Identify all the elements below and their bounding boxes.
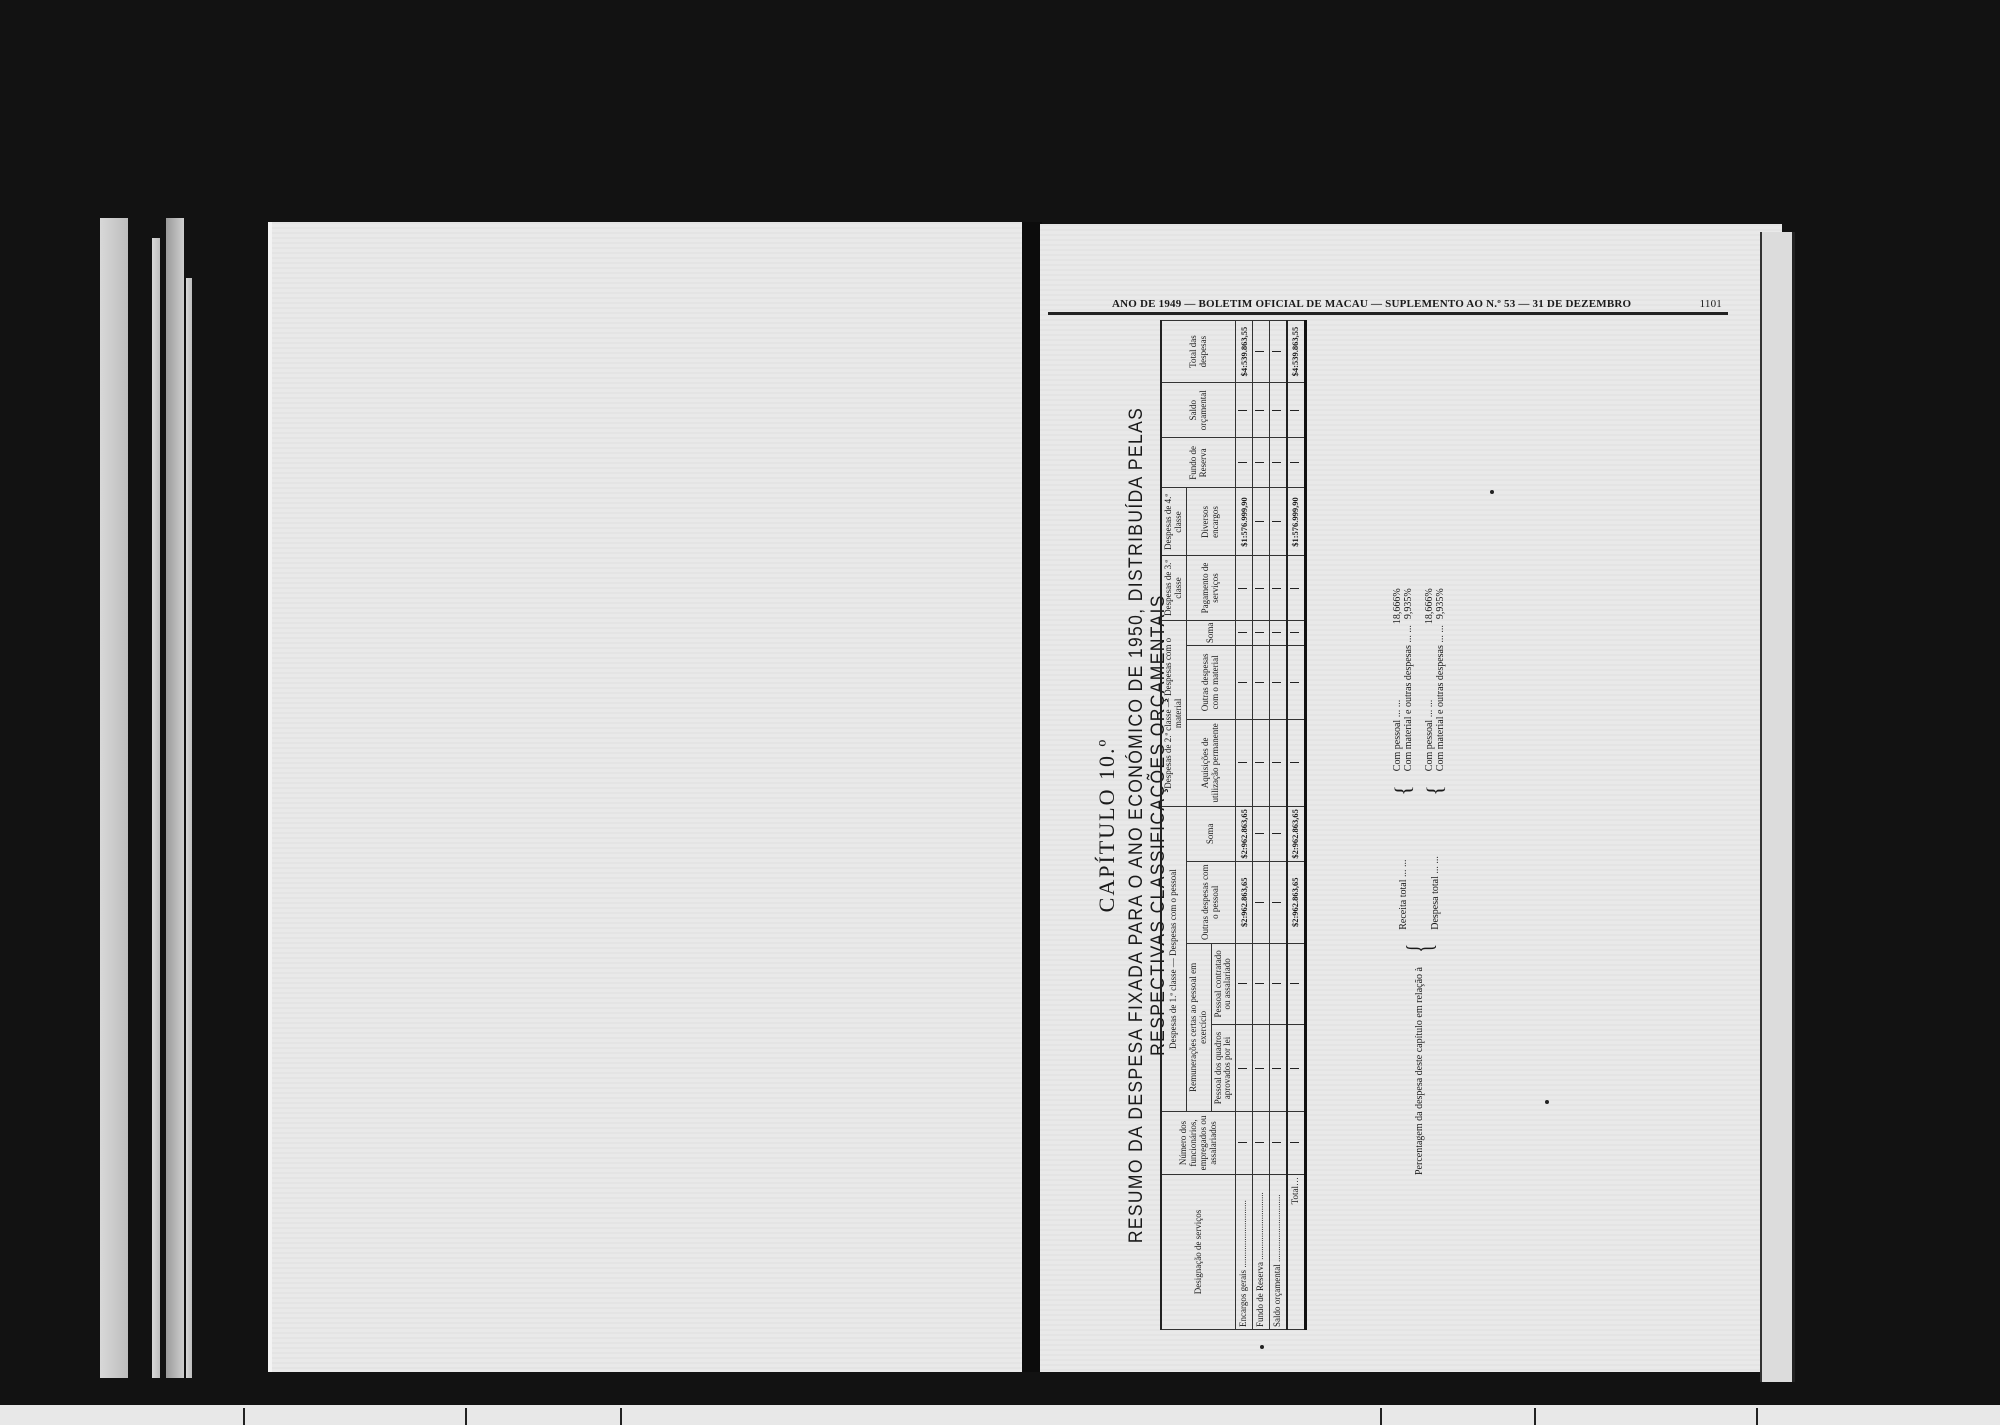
dash-mark	[1272, 983, 1281, 984]
dash-mark	[1272, 902, 1281, 903]
col-fundo-reserva: Fundo de Reserva	[1161, 438, 1236, 488]
ruler-tick	[1534, 1408, 1536, 1425]
table-body: Encargos gerais ........................…	[1236, 321, 1306, 1330]
percentage-value: 18,666%	[1392, 588, 1403, 624]
dash-mark	[1238, 762, 1247, 763]
scanner-bed-strip	[0, 1405, 2000, 1425]
table-cell-empty	[1253, 620, 1270, 646]
row-label: Total…	[1287, 1175, 1305, 1330]
col-soma2: Soma	[1186, 620, 1236, 646]
table-cell-empty	[1270, 383, 1287, 438]
page-edge	[186, 278, 192, 1378]
col-diversos-encargos: Diversos encargos	[1186, 488, 1236, 556]
scan-speck	[1260, 1345, 1264, 1349]
col-aquisicoes: Aquisições de utilização permanente	[1186, 719, 1236, 806]
brace-glyph: {	[1390, 785, 1416, 796]
dash-mark	[1272, 1068, 1281, 1069]
percentage-reference: Despesa total ... ...	[1430, 810, 1441, 930]
row-label: Saldo orçamental .......................…	[1270, 1175, 1287, 1330]
table-cell-empty	[1270, 321, 1287, 383]
dash-mark	[1272, 522, 1281, 523]
percentage-value: 9,935%	[1435, 588, 1446, 619]
brace-glyph: {	[1401, 944, 1437, 953]
dash-mark	[1255, 462, 1264, 463]
table-row: Fundo de Reserva .......................…	[1253, 321, 1270, 1330]
table-cell-empty	[1287, 438, 1305, 488]
dash-mark	[1272, 1143, 1281, 1144]
page-number: 1101	[1700, 298, 1722, 310]
table-cell-empty	[1287, 620, 1305, 646]
row-label: Fundo de Reserva .......................…	[1253, 1175, 1270, 1330]
dash-mark	[1255, 632, 1264, 633]
table-cell-empty	[1287, 556, 1305, 620]
group-class2: Despesas de 2.ª classe — Despesas com o …	[1161, 620, 1186, 807]
percentage-item: Com pessoal ... ...18,666%	[1392, 588, 1403, 771]
ruler-tick	[620, 1408, 622, 1425]
table-cell-empty	[1236, 1025, 1253, 1112]
table-cell-empty	[1253, 1025, 1270, 1112]
table-cell-empty	[1253, 383, 1270, 438]
dash-mark	[1255, 1143, 1264, 1144]
group-class4: Despesas de 4.ª classe	[1161, 488, 1186, 556]
dash-mark	[1290, 1143, 1299, 1144]
col-pagamento-servicos: Pagamento de serviços	[1186, 556, 1236, 620]
percentage-item: Com pessoal ... ...18,666%	[1424, 588, 1435, 771]
ruler-tick	[1756, 1408, 1758, 1425]
table-cell-empty	[1287, 646, 1305, 720]
table-cell-empty	[1270, 943, 1287, 1024]
table-cell-empty	[1253, 719, 1270, 806]
dash-mark	[1255, 833, 1264, 834]
dash-mark	[1238, 410, 1247, 411]
dash-mark	[1238, 462, 1247, 463]
table-cell-empty	[1270, 1112, 1287, 1175]
dash-mark	[1238, 588, 1247, 589]
table-cell-empty	[1236, 383, 1253, 438]
table-cell-value: $2:962.863,65	[1287, 807, 1305, 862]
percentage-items: Com pessoal ... ...18,666%Com material e…	[1424, 588, 1446, 771]
percentage-label: Com material e outras despesas ... ...	[1435, 625, 1446, 771]
table-cell-empty	[1253, 861, 1270, 943]
percentage-label: Com pessoal ... ...	[1424, 700, 1435, 771]
book-gutter	[1022, 222, 1042, 1372]
ruler-tick	[1380, 1408, 1382, 1425]
percentage-value: 18,666%	[1424, 588, 1435, 624]
brace-glyph: {	[1422, 785, 1448, 796]
budget-summary-table: Designação de serviços Número dos funcio…	[1160, 320, 1307, 1330]
col-designacao: Designação de serviços	[1161, 1175, 1236, 1330]
table-cell-value: $2:962.863,65	[1287, 861, 1305, 943]
col-total: Total das despesas	[1161, 321, 1236, 383]
page-edge	[152, 238, 160, 1378]
dash-mark	[1290, 1068, 1299, 1069]
table-cell-empty	[1270, 1025, 1287, 1112]
table-cell-value: $1:576.999,90	[1287, 488, 1305, 556]
percentage-item: Com material e outras despesas ... ...9,…	[1403, 588, 1414, 771]
dash-mark	[1272, 762, 1281, 763]
dash-mark	[1290, 410, 1299, 411]
col-pessoal-quadros: Pessoal dos quadros aprovados por lei	[1211, 1025, 1236, 1112]
title-block: CAPÍTULO 10.º RESUMO DA DESPESA FIXADA P…	[1090, 315, 1170, 1335]
table-cell-empty	[1253, 646, 1270, 720]
dash-mark	[1272, 682, 1281, 683]
table-cell-empty	[1287, 719, 1305, 806]
table-cell-empty	[1253, 807, 1270, 862]
percentage-value: 9,935%	[1403, 588, 1414, 619]
percentage-group: Despesa total ... ...{Com pessoal ... ..…	[1422, 588, 1448, 929]
table-row: Encargos gerais ........................…	[1236, 321, 1253, 1330]
table-cell-empty	[1270, 807, 1287, 862]
chapter-heading: CAPÍTULO 10.º	[1094, 315, 1120, 1335]
col-outras-pessoal: Outras despesas com o pessoal	[1186, 861, 1236, 943]
dash-mark	[1255, 410, 1264, 411]
table-cell-empty	[1270, 620, 1287, 646]
table-cell-empty	[1270, 438, 1287, 488]
running-header: ANO DE 1949 — BOLETIM OFICIAL DE MACAU —…	[1112, 298, 1722, 310]
table-cell-empty	[1253, 556, 1270, 620]
dash-mark	[1290, 762, 1299, 763]
table-cell-empty	[1270, 861, 1287, 943]
table-cell-empty	[1287, 943, 1305, 1024]
table-cell-empty	[1236, 438, 1253, 488]
table-cell-empty	[1236, 719, 1253, 806]
percentage-group: Receita total ... ...{Com pessoal ... ..…	[1390, 588, 1416, 929]
page-edge	[100, 218, 128, 1378]
group-class1: Despesas de 1.ª classe — Despesas com o …	[1161, 807, 1186, 1112]
table-cell-empty	[1253, 488, 1270, 556]
dash-mark	[1238, 682, 1247, 683]
book-page-stack	[100, 218, 200, 1378]
table-cell-empty	[1287, 383, 1305, 438]
row-label: Encargos gerais ........................…	[1236, 1175, 1253, 1330]
table-cell-empty	[1287, 1025, 1305, 1112]
dash-mark	[1255, 983, 1264, 984]
dash-mark	[1238, 1143, 1247, 1144]
dash-mark	[1255, 902, 1264, 903]
col-soma1: Soma	[1186, 807, 1236, 862]
dash-mark	[1238, 1068, 1247, 1069]
dash-mark	[1290, 588, 1299, 589]
dash-mark	[1290, 983, 1299, 984]
col-pessoal-contratado: Pessoal contratado ou assalariado	[1211, 943, 1236, 1024]
dash-mark	[1255, 351, 1264, 352]
scan-speck	[1545, 1100, 1549, 1104]
right-page-edge	[1760, 232, 1795, 1382]
col-outras-material: Outras despesas com o material	[1186, 646, 1236, 720]
dash-mark	[1272, 588, 1281, 589]
dash-mark	[1255, 1068, 1264, 1069]
table-cell-empty	[1270, 646, 1287, 720]
running-header-text: ANO DE 1949 — BOLETIM OFICIAL DE MACAU —…	[1112, 298, 1631, 310]
table-cell-empty	[1253, 438, 1270, 488]
left-page-blank	[268, 222, 1028, 1372]
table-cell-empty	[1253, 321, 1270, 383]
table-cell-empty	[1236, 620, 1253, 646]
page-edge	[166, 218, 184, 1378]
table-cell-value: $4:539.863,55	[1236, 321, 1253, 383]
table-cell-value: $2:962.863,65	[1236, 861, 1253, 943]
dash-mark	[1255, 588, 1264, 589]
dash-mark	[1272, 632, 1281, 633]
table-cell-empty	[1270, 488, 1287, 556]
dash-mark	[1290, 632, 1299, 633]
table-cell-empty	[1287, 1112, 1305, 1175]
rotated-content: CAPÍTULO 10.º RESUMO DA DESPESA FIXADA P…	[1090, 315, 1450, 1335]
group-class1-remuneracoes: Remunerações certas ao pessoal em exercí…	[1186, 943, 1211, 1111]
dash-mark	[1290, 682, 1299, 683]
table-cell-empty	[1236, 1112, 1253, 1175]
table-cell-empty	[1253, 1112, 1270, 1175]
col-numero: Número dos funcionários, empregados ou a…	[1161, 1112, 1236, 1175]
dash-mark	[1272, 351, 1281, 352]
dash-mark	[1290, 462, 1299, 463]
percentage-intro: Percentagem da despesa deste capítulo em…	[1414, 967, 1425, 1175]
dash-mark	[1238, 983, 1247, 984]
percentage-item: Com material e outras despesas ... ...9,…	[1435, 588, 1446, 771]
table-cell-value: $4:539.863,55	[1287, 321, 1305, 383]
table-cell-empty	[1236, 943, 1253, 1024]
percentage-section: Percentagem da despesa deste capítulo em…	[1390, 335, 1448, 1175]
ruler-tick	[243, 1408, 245, 1425]
percentage-items: Com pessoal ... ...18,666%Com material e…	[1392, 588, 1414, 771]
group-class3: Despesas de 3.ª classe	[1161, 556, 1186, 620]
table-cell-empty	[1236, 556, 1253, 620]
table-total-row: Total…$2:962.863,65$2:962.863,65$1:576.9…	[1287, 321, 1305, 1330]
percentage-label: Com material e outras despesas ... ...	[1403, 625, 1414, 771]
dash-mark	[1272, 410, 1281, 411]
scan-speck	[1490, 490, 1494, 494]
percentage-reference: Receita total ... ...	[1398, 810, 1409, 930]
dash-mark	[1272, 833, 1281, 834]
percentage-label: Com pessoal ... ...	[1392, 700, 1403, 771]
table-cell-empty	[1270, 719, 1287, 806]
table-cell-value: $2:962.863,65	[1236, 807, 1253, 862]
table-cell-empty	[1236, 646, 1253, 720]
table-row: Saldo orçamental .......................…	[1270, 321, 1287, 1330]
percentage-groups: Receita total ... ...{Com pessoal ... ..…	[1390, 588, 1448, 929]
dash-mark	[1238, 632, 1247, 633]
col-saldo: Saldo orçamental	[1161, 383, 1236, 438]
table-cell-empty	[1270, 556, 1287, 620]
dash-mark	[1272, 462, 1281, 463]
dash-mark	[1255, 682, 1264, 683]
dash-mark	[1255, 522, 1264, 523]
dash-mark	[1255, 762, 1264, 763]
ruler-tick	[465, 1408, 467, 1425]
table-cell-empty	[1253, 943, 1270, 1024]
table-cell-value: $1:576.999,90	[1236, 488, 1253, 556]
